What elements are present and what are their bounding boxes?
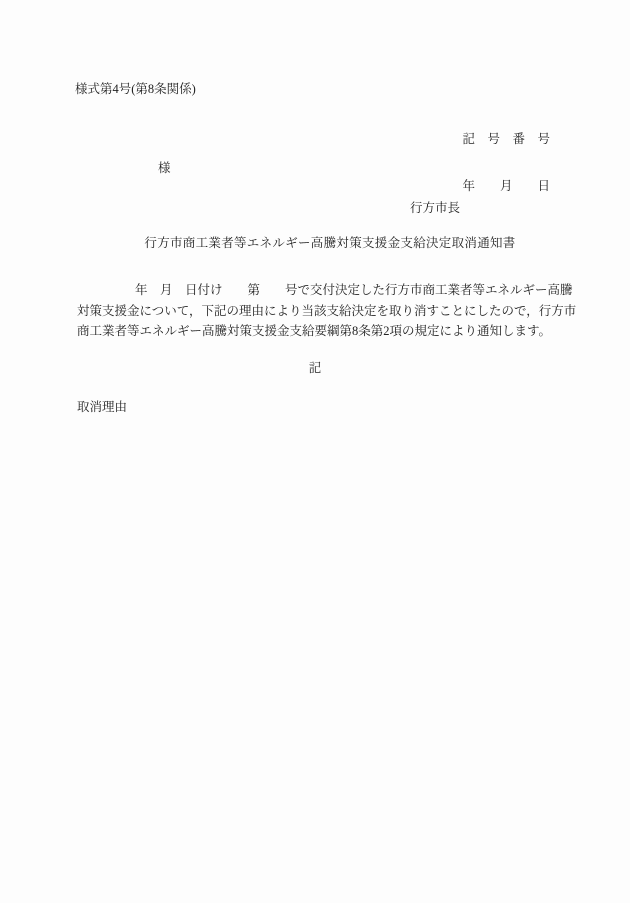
sender-name: 行方市長 bbox=[410, 202, 460, 215]
body-paragraph: 年 月 日付け 第 号で交付決定した行方市商工業者等エネルギー高騰 対策支援金に… bbox=[77, 280, 589, 342]
body-line: 商工業者等エネルギー高騰対策支援金支給要綱第8条第2項の規定により通知します。 bbox=[77, 321, 589, 342]
form-number-label: 様式第4号(第8条関係) bbox=[75, 83, 196, 96]
date-line: 年 月 日 bbox=[330, 175, 550, 197]
body-line: 年 月 日付け 第 号で交付決定した行方市商工業者等エネルギー高騰 bbox=[77, 280, 589, 301]
document-page: 様式第4号(第8条関係) 記 号 番 号 年 月 日 様 行方市長 行方市商工業… bbox=[0, 0, 630, 903]
ki-section-marker: 記 bbox=[0, 362, 630, 375]
cancellation-reason-label: 取消理由 bbox=[77, 401, 127, 414]
document-title: 行方市商工業者等エネルギー高騰対策支援金支給決定取消通知書 bbox=[0, 237, 630, 250]
addressee-honorific: 様 bbox=[158, 162, 171, 175]
reference-number-line: 記 号 番 号 bbox=[330, 128, 550, 150]
body-line: 対策支援金について，下記の理由により当該支給決定を取り消すことにしたので，行方市 bbox=[77, 301, 589, 322]
